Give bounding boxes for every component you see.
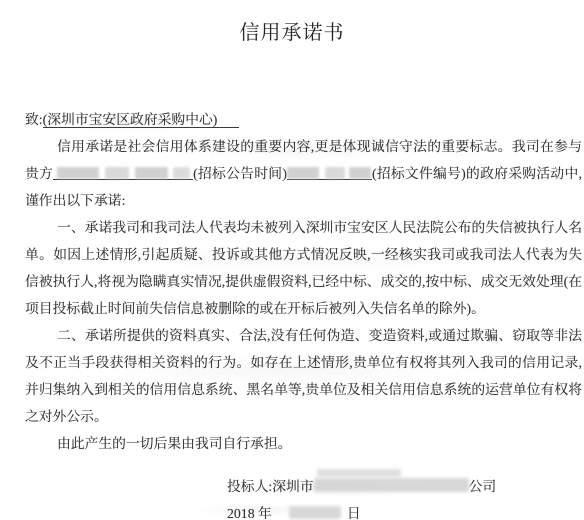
redaction-blur	[173, 167, 190, 179]
salutation-prefix: 致:	[25, 112, 43, 127]
date-year: 2018 年	[227, 506, 272, 520]
clause-paragraph-1: 一、承诺我司和我司法人代表均未被列入深圳市宝安区人民法院公布的失信被执行人名单。…	[25, 214, 582, 322]
bidder-city-prefix: 深圳市	[272, 479, 313, 494]
salutation-recipient: (深圳市宝安区政府采购中心)	[43, 112, 240, 128]
redaction-blur	[287, 167, 319, 179]
redaction-blur	[135, 167, 168, 179]
closing-paragraph: 由此产生的一切后果由我司自行承担。	[25, 430, 582, 457]
redaction-blur	[349, 167, 371, 179]
scanned-document-page: 信用承诺书 致:(深圳市宝安区政府采购中心) 信用承诺是社会信用体系建设的重要内…	[0, 0, 584, 520]
bidder-suffix: 公司	[469, 479, 497, 494]
stray-redaction-blur	[317, 469, 401, 477]
date-line: 2018 年日	[227, 500, 582, 520]
signature-block: 投标人:深圳市公司 2018 年日	[227, 473, 582, 520]
redacted-blank-doc-number	[287, 165, 372, 180]
date-day-label: 日	[347, 506, 361, 520]
intro-text-2: (招标公告时间)	[193, 166, 287, 181]
bidder-name-redaction-blur	[314, 478, 469, 492]
intro-paragraph: 信用承诺是社会信用体系建设的重要内容,更是体现诚信守法的重要标志。我司在参与贵方…	[25, 133, 582, 214]
bidder-label: 投标人:	[227, 479, 272, 494]
document-title: 信用承诺书	[0, 0, 584, 44]
redaction-blur	[57, 167, 99, 179]
clause-paragraph-2: 二、承诺所提供的资料真实、合法,没有任何伪造、变造资料,或通过欺骗、窃取等非法及…	[25, 322, 582, 430]
redaction-blur	[105, 167, 129, 179]
redaction-blur	[325, 167, 345, 179]
redacted-blank-announce-date	[53, 165, 193, 180]
bidder-line: 投标人:深圳市公司	[227, 473, 582, 500]
salutation-line: 致:(深圳市宝安区政府采购中心)	[25, 106, 582, 133]
document-body: 致:(深圳市宝安区政府采购中心) 信用承诺是社会信用体系建设的重要内容,更是体现…	[25, 106, 582, 520]
date-redaction-blur	[289, 506, 341, 519]
